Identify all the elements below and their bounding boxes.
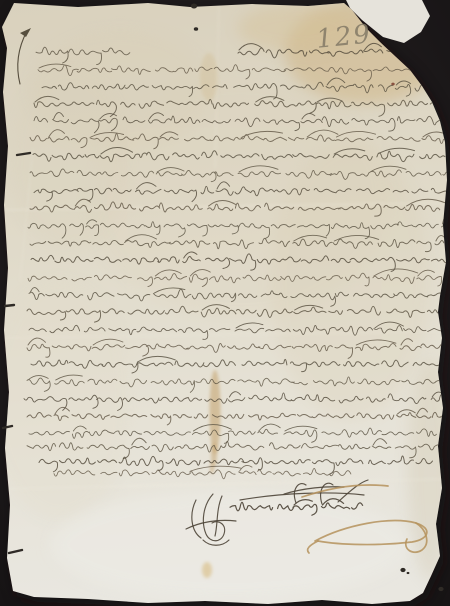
ink-speck	[194, 27, 198, 31]
ink-speck	[191, 3, 197, 8]
stain	[202, 562, 212, 578]
ink-speck	[407, 572, 410, 574]
edge-dash-mark	[5, 305, 14, 306]
ink-speck	[400, 568, 405, 572]
manuscript-photo: 129	[0, 0, 450, 606]
ink-speck	[438, 587, 443, 591]
ink-speck	[391, 83, 394, 86]
stain	[200, 53, 218, 101]
manuscript-scan: 129	[0, 0, 450, 606]
